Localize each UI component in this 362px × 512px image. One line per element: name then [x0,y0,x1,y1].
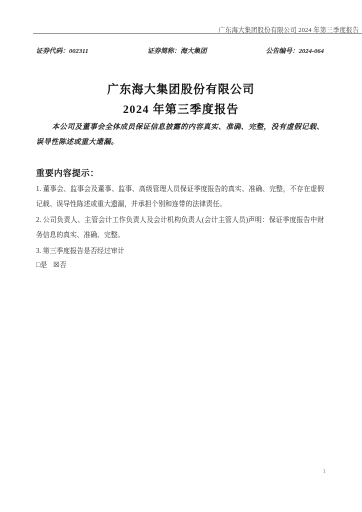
stock-short-name: 证券简称：海大集团 [147,45,206,55]
announcement-number: 公告编号：2024-064 [266,45,324,55]
report-period-title: 2024 年第三季度报告 [0,101,362,121]
document-title: 广东海大集团股份有限公司 2024 年第三季度报告 [0,81,362,120]
notice-item-2: 2. 公司负责人、主管会计工作负责人及会计机构负责人(会计主管人员)声明：保证季… [36,213,324,243]
stock-code: 证券代码：002311 [36,45,88,55]
audit-no-checkbox-checked: ☒否 [53,260,66,270]
company-name-title: 广东海大集团股份有限公司 [0,81,362,101]
securities-info-row: 证券代码：002311 证券简称：海大集团 公告编号：2024-064 [36,45,324,55]
board-declaration-paragraph: 本公司及董事会全体成员保证信息披露的内容真实、准确、完整，没有虚假记载、误导性陈… [36,120,324,149]
audit-answer-row: □是 ☒否 [36,260,67,270]
header-rule-divider [33,33,362,34]
audit-yes-checkbox: □是 [36,260,47,270]
report-page: 广东海大集团股份有限公司 2024 年第三季度报告 证券代码：002311 证券… [0,0,362,512]
notice-item-3-audit-question: 3. 第三季度报告是否经过审计 [36,244,324,259]
important-notice-heading: 重要内容提示： [36,167,99,179]
page-number: 1 [323,468,326,475]
notice-item-1: 1. 董事会、监事会及董事、监事、高级管理人员保证季度报告的真实、准确、完整，不… [36,182,324,212]
